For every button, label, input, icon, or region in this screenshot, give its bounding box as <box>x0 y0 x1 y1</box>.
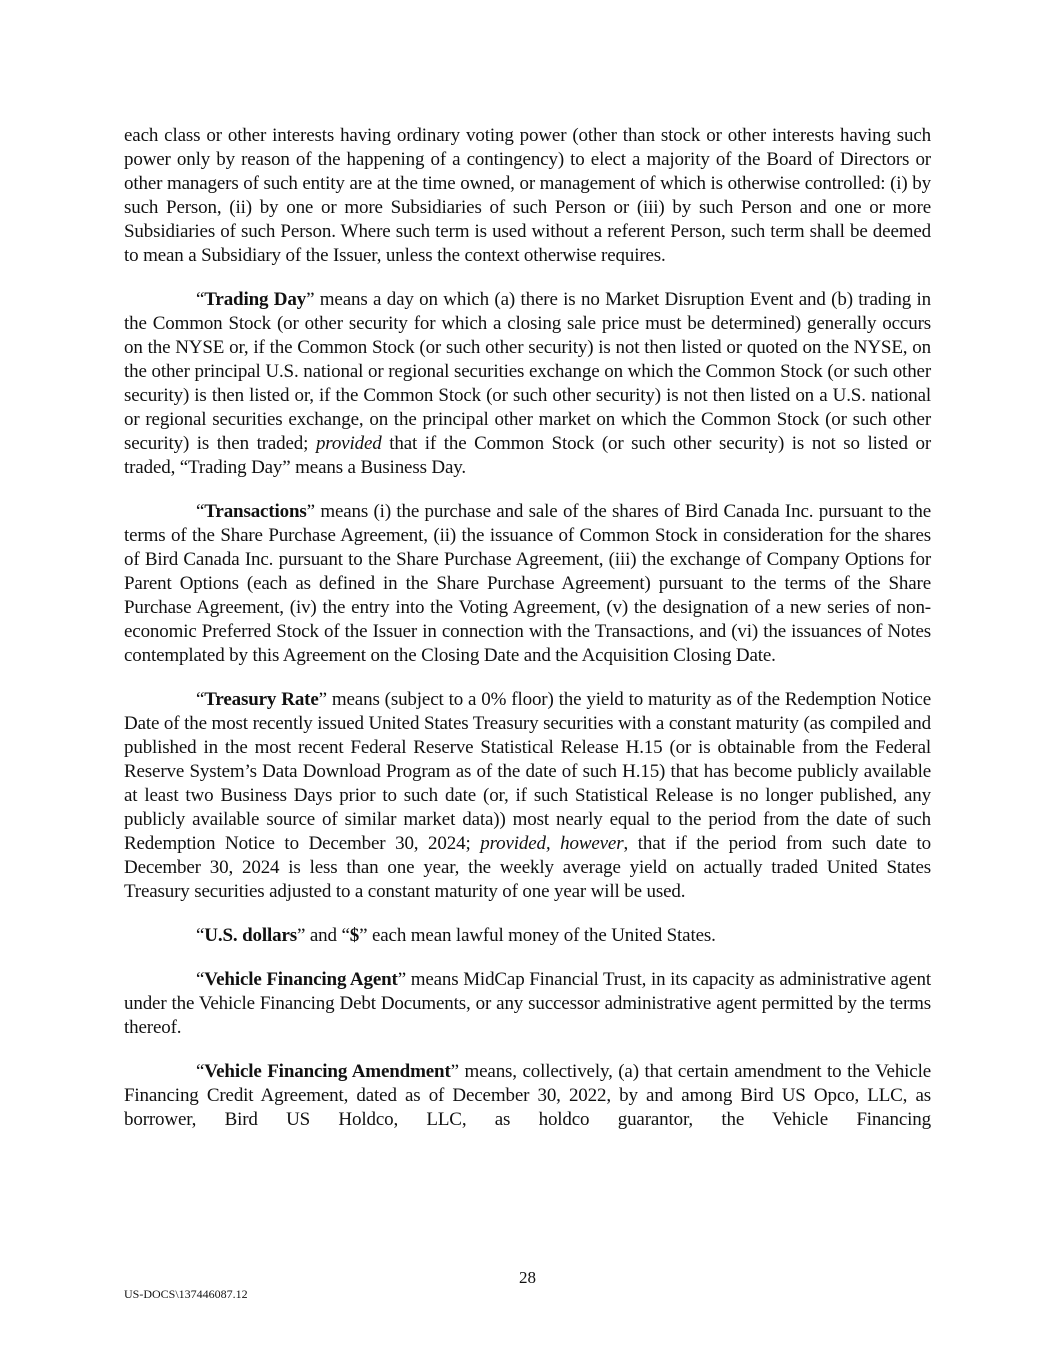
definition-us-dollars: “U.S. dollars” and “$” each mean lawful … <box>124 924 931 948</box>
defined-term: Treasury Rate <box>204 689 318 710</box>
italic-proviso: provided, however <box>480 833 623 854</box>
definition-vehicle-financing-amendment: “Vehicle Financing Amendment” means, col… <box>124 1060 931 1132</box>
page-number: 28 <box>0 1268 1055 1288</box>
defined-term: U.S. dollars <box>204 925 297 946</box>
definition-trading-day: “Trading Day” means a day on which (a) t… <box>124 288 931 480</box>
defined-term: Trading Day <box>204 289 306 310</box>
defined-term: Transactions <box>204 501 306 522</box>
definition-treasury-rate: “Treasury Rate” means (subject to a 0% f… <box>124 688 931 904</box>
defined-term: $ <box>350 925 359 946</box>
paragraph-subsidiary-continued: each class or other interests having ord… <box>124 124 931 268</box>
definition-transactions: “Transactions” means (i) the purchase an… <box>124 500 931 668</box>
defined-term: Vehicle Financing Amendment <box>204 1061 450 1082</box>
document-id: US-DOCS\137446087.12 <box>124 1287 248 1302</box>
italic-proviso: provided <box>316 433 382 454</box>
document-page: each class or other interests having ord… <box>124 124 931 1152</box>
defined-term: Vehicle Financing Agent <box>204 969 397 990</box>
definition-vehicle-financing-agent: “Vehicle Financing Agent” means MidCap F… <box>124 968 931 1040</box>
